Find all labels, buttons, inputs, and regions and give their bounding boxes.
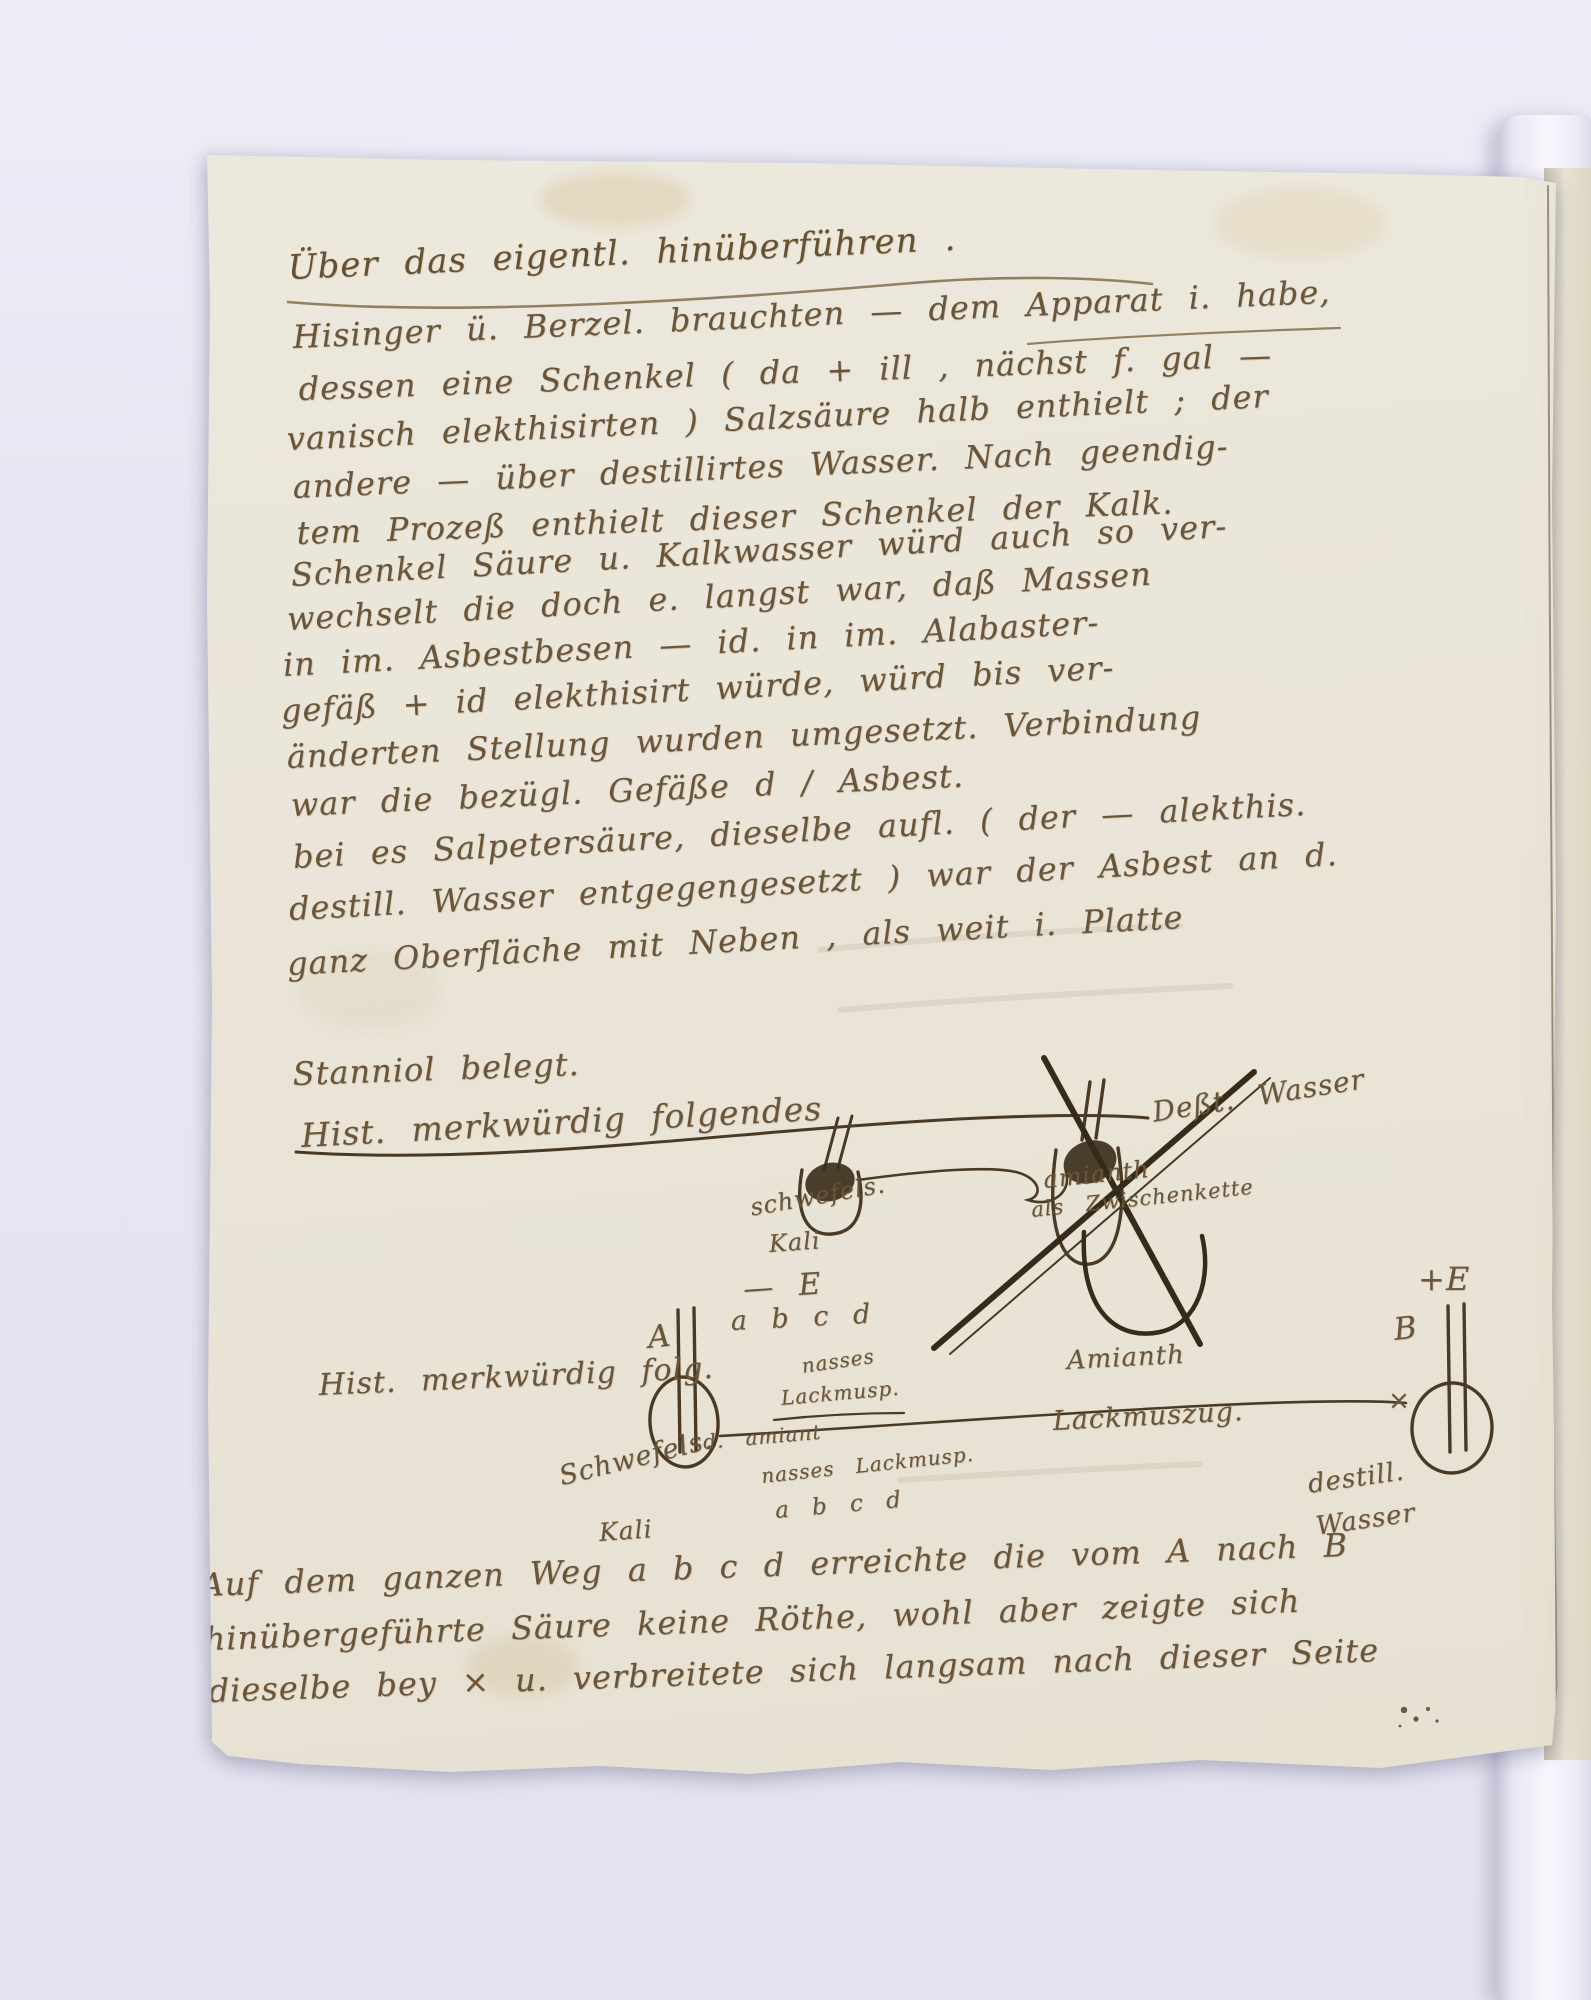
diagram-label: +E: [1418, 1260, 1470, 1298]
manuscript-page-wrap: Über das eigentl. hinüberführen . Hising…: [0, 0, 1591, 2000]
paper-stain: [1215, 188, 1385, 258]
diagram-label: nasses Lackmusp.: [760, 1442, 975, 1488]
diagram-label: d. amiant: [702, 1420, 822, 1454]
lackmus-underline-stroke: [774, 1413, 904, 1420]
diagram-label: Kali: [598, 1514, 653, 1547]
paper-stain: [540, 172, 690, 227]
diagram-label: A: [646, 1318, 673, 1356]
diagram-label: destill.: [1306, 1456, 1406, 1499]
diagram-label: a b c d: [774, 1487, 903, 1524]
page-fold-line: [1548, 186, 1557, 1748]
page-title: Über das eigentl. hinüberführen .: [287, 219, 957, 288]
diagram-label: schwefels.: [748, 1170, 887, 1221]
diagram-label: Lackmusp.: [780, 1376, 900, 1410]
diagram-label: Hist. merkwürdig folg.: [318, 1351, 715, 1403]
diagram-label: Amianth: [1066, 1340, 1186, 1376]
diagram-label: Kali: [768, 1226, 821, 1258]
diagram-label: Deßt. Wasser: [1150, 1062, 1367, 1128]
diagram-label: B: [1392, 1310, 1419, 1348]
struck-handwritten-line: Hist. merkwürdig folgendes: [300, 1089, 823, 1155]
diagram-label: ×: [1388, 1386, 1411, 1416]
main-diagram-tube-b-drawing: [1410, 1304, 1495, 1475]
diagram-label: Lackmuszug.: [1052, 1396, 1244, 1437]
handwritten-line: Stanniol belegt.: [292, 1045, 580, 1093]
diagram-label: a b c d: [730, 1299, 872, 1337]
manuscript-page: Über das eigentl. hinüberführen . Hising…: [0, 0, 1591, 2000]
diagram-label: Schwefels.: [556, 1424, 716, 1492]
diagram-label: nasses: [800, 1344, 876, 1378]
ink-blot: [1399, 1707, 1439, 1728]
